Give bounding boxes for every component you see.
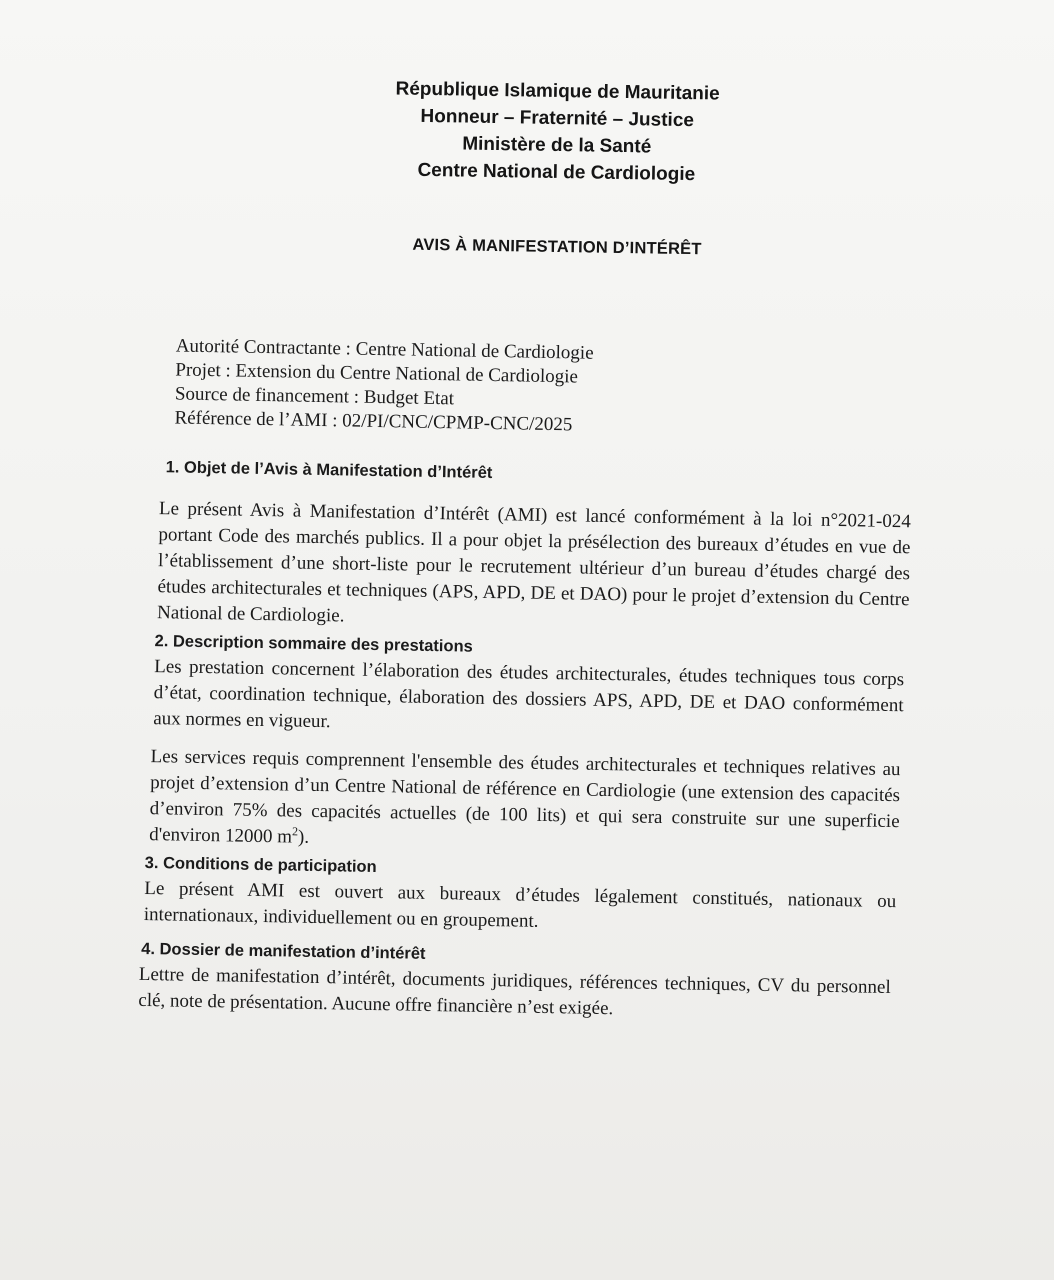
section-paragraph-description-2: Les services requis comprennent l'ensemb… [149, 744, 901, 861]
document-page: République Islamique de Mauritanie Honne… [0, 0, 1054, 1280]
section-paragraph-description-1: Les prestation concernent l’élaboration … [153, 654, 904, 745]
section-paragraph-conditions: Le présent AMI est ouvert aux bureaux d’… [144, 876, 897, 941]
section-paragraph-dossier: Lettre de manifestation d’intérêt, docum… [138, 962, 891, 1027]
section-paragraph-objet: Le présent Avis à Manifestation d’Intérê… [157, 496, 911, 639]
description-2-text: Les services requis comprennent l'ensemb… [149, 746, 901, 847]
document-header: République Islamique de Mauritanie Honne… [29, 70, 1054, 195]
document-title: AVIS À MANIFESTATION D’INTÉRÊT [30, 230, 1054, 266]
document-body: Autorité Contractante : Centre National … [138, 334, 915, 1027]
section-heading-objet: 1. Objet de l’Avis à Manifestation d’Int… [165, 456, 912, 491]
description-2-tail: ). [298, 827, 309, 848]
